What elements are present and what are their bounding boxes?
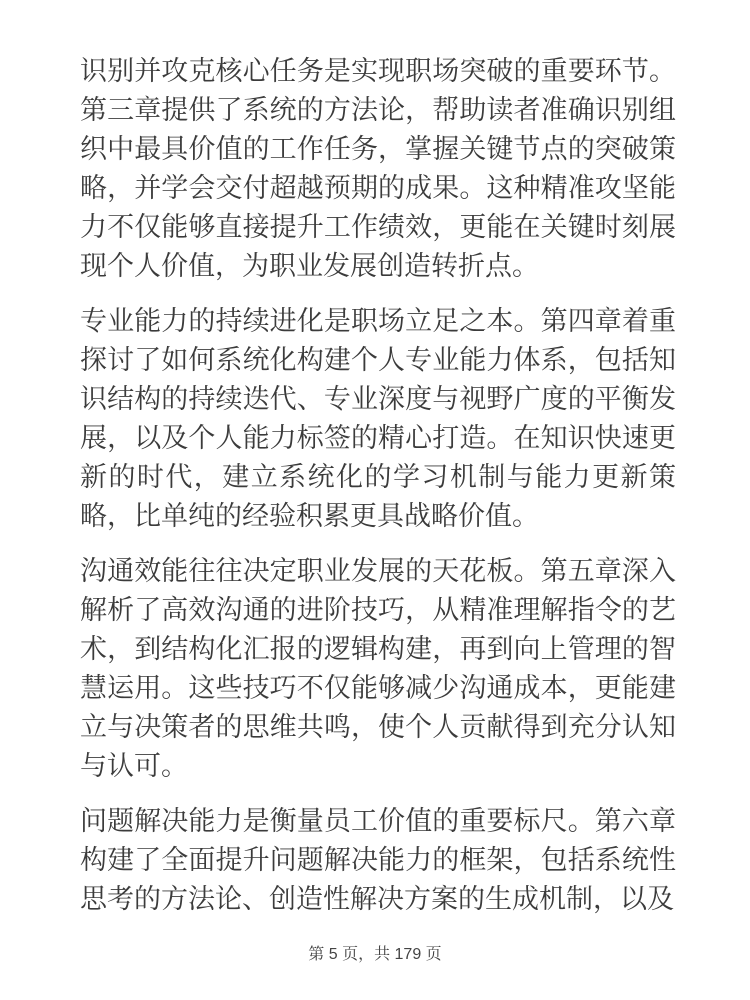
document-page: 识别并攻克核心任务是实现职场突破的重要环节。第三章提供了系统的方法论，帮助读者准…: [0, 0, 750, 1000]
paragraph: 沟通效能往往决定职业发展的天花板。第五章深入解析了高效沟通的进阶技巧，从精准理解…: [80, 552, 676, 786]
paragraph: 专业能力的持续进化是职场立足之本。第四章着重探讨了如何系统化构建个人专业能力体系…: [80, 302, 676, 536]
document-body: 识别并攻克核心任务是实现职场突破的重要环节。第三章提供了系统的方法论，帮助读者准…: [80, 52, 676, 935]
paragraph: 问题解决能力是衡量员工价值的重要标尺。第六章构建了全面提升问题解决能力的框架，包…: [80, 802, 676, 919]
page-number-label: 第 5 页，共 179 页: [308, 946, 441, 963]
paragraph: 识别并攻克核心任务是实现职场突破的重要环节。第三章提供了系统的方法论，帮助读者准…: [80, 52, 676, 286]
page-footer: 第 5 页，共 179 页: [0, 944, 750, 966]
